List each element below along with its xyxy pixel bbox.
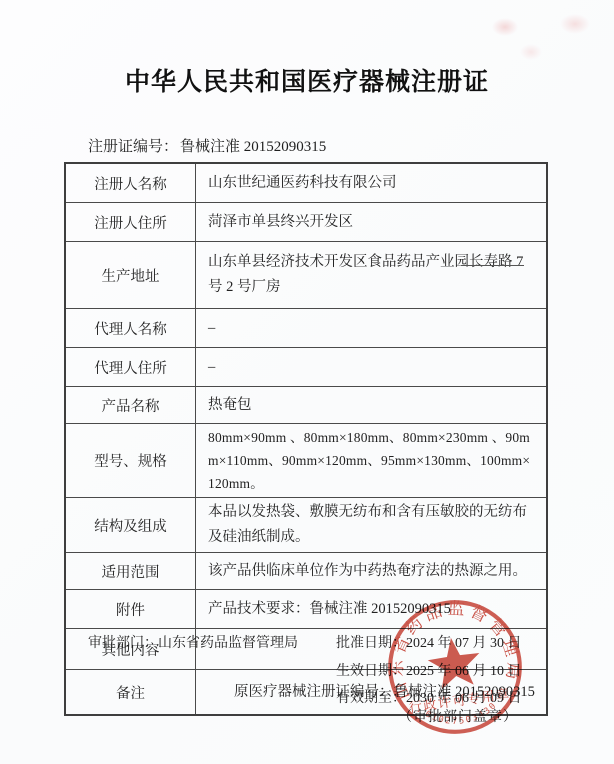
row-value: – bbox=[196, 309, 548, 348]
table-row: 代理人住所 – bbox=[65, 348, 547, 387]
scan-artifact bbox=[492, 18, 518, 36]
row-label: 代理人名称 bbox=[65, 309, 196, 348]
scan-artifact bbox=[520, 44, 542, 60]
row-label: 型号、规格 bbox=[65, 424, 196, 498]
row-value: 菏泽市单县终兴开发区 bbox=[196, 203, 548, 242]
table-row: 注册人名称 山东世纪通医药科技有限公司 bbox=[65, 163, 547, 203]
row-label: 代理人住所 bbox=[65, 348, 196, 387]
certificate-number-label: 注册证编号： bbox=[88, 139, 178, 155]
row-value: 山东世纪通医药科技有限公司 bbox=[196, 163, 548, 203]
table-row: 型号、规格 80mm×90mm 、80mm×180mm、80mm×230mm 、… bbox=[65, 424, 547, 498]
table-row: 代理人名称 – bbox=[65, 309, 547, 348]
table-row: 注册人住所 菏泽市单县终兴开发区 bbox=[65, 203, 547, 242]
seal-star-icon bbox=[425, 634, 483, 690]
approval-department-label: 审批部门： bbox=[88, 636, 158, 651]
row-value: 热奄包 bbox=[196, 387, 548, 424]
table-row: 生产地址 山东单县经济技术开发区食品药品产业园长寿路 7 号 2 号厂房 bbox=[65, 242, 547, 309]
row-label: 结构及组成 bbox=[65, 498, 196, 553]
certificate-number-line: 注册证编号：鲁械注准 20152090315 bbox=[88, 135, 326, 156]
row-label: 产品名称 bbox=[65, 387, 196, 424]
row-label: 注册人住所 bbox=[65, 203, 196, 242]
scan-artifact bbox=[560, 14, 590, 34]
certificate-number-value: 鲁械注准 20152090315 bbox=[180, 139, 326, 155]
official-seal-icon: 山东省药品监督管理局 行政许可专用章 01027503430 bbox=[364, 576, 547, 759]
row-value: 本品以发热袋、敷膜无纺布和含有压敏胶的无纺布及硅油纸制成。 bbox=[196, 498, 548, 553]
row-label: 附件 bbox=[65, 590, 196, 629]
row-value: 80mm×90mm 、80mm×180mm、80mm×230mm 、90mm×1… bbox=[196, 424, 548, 498]
row-label: 适用范围 bbox=[65, 553, 196, 590]
row-label: 注册人名称 bbox=[65, 163, 196, 203]
certificate-page: 中华人民共和国医疗器械注册证 注册证编号：鲁械注准 20152090315 注册… bbox=[0, 0, 614, 764]
row-value: – bbox=[196, 348, 548, 387]
handwritten-underline bbox=[461, 265, 524, 266]
approval-department-value: 山东省药品监督管理局 bbox=[158, 636, 298, 651]
table-row: 结构及组成 本品以发热袋、敷膜无纺布和含有压敏胶的无纺布及硅油纸制成。 bbox=[65, 498, 547, 553]
row-value: 山东单县经济技术开发区食品药品产业园长寿路 7 号 2 号厂房 bbox=[196, 242, 548, 309]
row-label: 生产地址 bbox=[65, 242, 196, 309]
table-row: 产品名称 热奄包 bbox=[65, 387, 547, 424]
row-label: 备注 bbox=[65, 670, 196, 716]
approval-department-line: 审批部门：山东省药品监督管理局 bbox=[88, 632, 298, 652]
certificate-title: 中华人民共和国医疗器械注册证 bbox=[0, 62, 614, 98]
